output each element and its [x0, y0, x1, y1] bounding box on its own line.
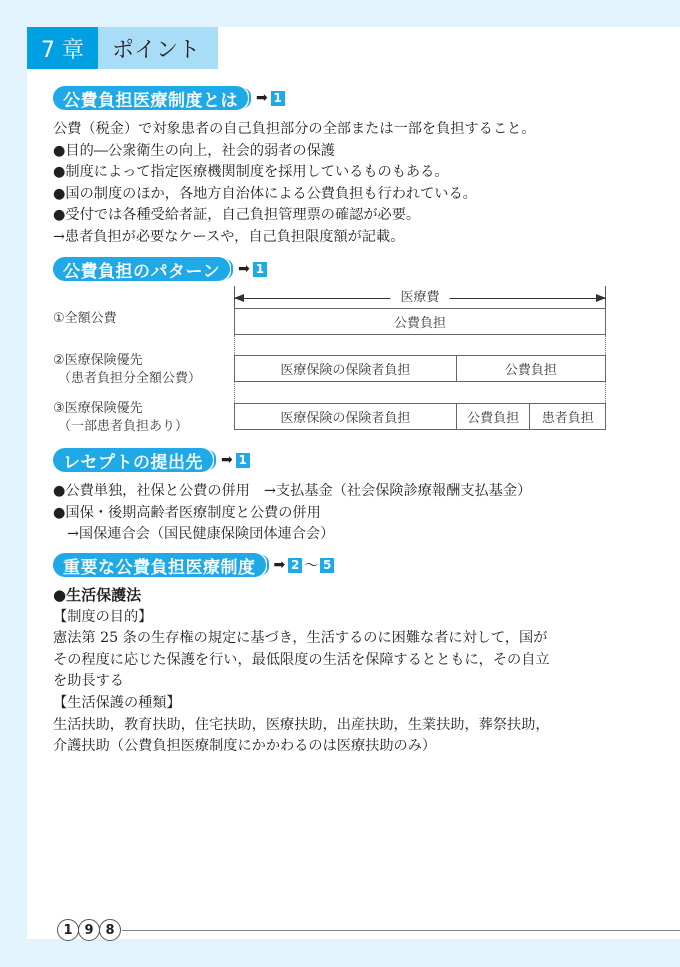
cell-patient-burden: 患者負担 — [530, 404, 605, 429]
text-line: 憲法第 25 条の生存権の規定に基づき，生活するのに困難な者に対して，国が — [53, 628, 550, 650]
submission-text: ●公費単独，社保と公費の併用 →支払基金（社会保険診療報酬支払基金） ●国保・後… — [53, 481, 531, 546]
right-arrow-icon: ➡ — [221, 452, 233, 468]
reference-number[interactable]: 1 — [236, 453, 250, 468]
right-arrow-icon: ➡ — [274, 557, 286, 573]
cell-public-burden: 公費負担 — [457, 356, 605, 381]
text-line: 生活扶助，教育扶助，住宅扶助，医療扶助，出産扶助，生業扶助，葬祭扶助， — [53, 715, 550, 737]
welfare-law-text: ●生活保護法 【制度の目的】 憲法第 25 条の生存権の規定に基づき，生活するの… — [53, 585, 550, 758]
section-heading-submission: レセプトの提出先 ➡ 1 — [53, 448, 250, 472]
label-line: ②医療保険優先 — [53, 352, 201, 370]
text-line: その程度に応じた保護を行い，最低限度の生活を保障するとともに，その自立 — [53, 650, 550, 672]
right-arrow-icon: ➡ — [238, 261, 250, 277]
reference-number[interactable]: 5 — [320, 558, 334, 573]
text-line: →患者負担が必要なケースや，自己負担限度額が記載。 — [53, 227, 535, 249]
label-line: ①全額公費 — [53, 310, 117, 328]
right-arrow-icon: ➡ — [256, 90, 268, 106]
page-digit: 1 — [57, 919, 79, 941]
dotted-guide — [234, 382, 235, 403]
dotted-guide — [605, 335, 606, 355]
subsection-title: ●生活保護法 — [53, 585, 550, 607]
dotted-guide — [605, 382, 606, 403]
cell-public-burden: 公費負担 — [457, 404, 531, 429]
text-line: 公費（税金）で対象患者の自己負担部分の全部または一部を負担すること。 — [53, 119, 535, 141]
bullet-item: ●公費単独，社保と公費の併用 →支払基金（社会保険診療報酬支払基金） — [53, 481, 531, 503]
chapter-number: 7 章 — [27, 27, 98, 69]
reference: ➡ 1 — [238, 261, 267, 277]
reference: ➡ 2 ～ 5 — [274, 555, 335, 575]
cell-insurer-burden: 医療保険の保険者負担 — [235, 404, 457, 429]
label-line: （一部患者負担あり） — [53, 418, 188, 436]
bullet-item: ●受付では各種受給者証，自己負担管理票の確認が必要。 — [53, 205, 535, 227]
section-heading-important-systems: 重要な公費負担医療制度 ➡ 2 ～ 5 — [53, 553, 334, 577]
range-separator: ～ — [304, 555, 318, 575]
payment-pattern-diagram: 医療費 公費負担 医療保険の保険者負担 公費負担 医療保険の保険者負担 公費負担… — [234, 286, 606, 436]
section-pill: 公費負担のパターン — [53, 257, 230, 281]
types-label: 【生活保護の種類】 — [53, 693, 550, 715]
bullet-item: ●目的―公衆衛生の向上，社会的弱者の保護 — [53, 141, 535, 163]
bullet-item: ●国の制度のほか，各地方自治体による公費負担も行われている。 — [53, 184, 535, 206]
section-pill: 重要な公費負担医療制度 — [53, 553, 266, 577]
medical-cost-label: 医療費 — [390, 289, 449, 307]
chapter-title: ポイント — [98, 27, 218, 69]
chapter-header: 7 章 ポイント — [27, 27, 218, 69]
reference: ➡ 1 — [221, 452, 250, 468]
page-digit: 9 — [78, 919, 100, 941]
pattern-row-3: 医療保険の保険者負担 公費負担 患者負担 — [234, 403, 606, 430]
reference-number[interactable]: 1 — [253, 262, 267, 277]
cell-insurer-burden: 医療保険の保険者負担 — [235, 356, 457, 381]
overview-text: 公費（税金）で対象患者の自己負担部分の全部または一部を負担すること。 ●目的―公… — [53, 119, 535, 249]
pattern-label-3: ③医療保険優先 （一部患者負担あり） — [53, 400, 188, 436]
section-pill: 公費負担医療制度とは — [53, 86, 248, 110]
text-line: を助長する — [53, 671, 550, 693]
purpose-label: 【制度の目的】 — [53, 607, 550, 629]
reference: ➡ 1 — [256, 90, 285, 106]
pattern-label-2: ②医療保険優先 （患者負担分全額公費） — [53, 352, 201, 388]
section-heading-overview: 公費負担医療制度とは ➡ 1 — [53, 86, 285, 110]
reference-number[interactable]: 2 — [288, 558, 302, 573]
cell-public-burden: 公費負担 — [235, 309, 605, 334]
dotted-guide — [234, 335, 235, 355]
bullet-item: ●国保・後期高齢者医療制度と公費の併用 — [53, 503, 531, 525]
page-number: 1 9 8 — [57, 919, 120, 941]
label-line: （患者負担分全額公費） — [53, 370, 201, 388]
arrow-left-icon — [234, 294, 244, 302]
text-line: →国保連合会（国民健康保険団体連合会） — [53, 524, 531, 546]
text-line: 介護扶助（公費負担医療制度にかかわるのは医療扶助のみ） — [53, 736, 550, 758]
reference-number[interactable]: 1 — [271, 91, 285, 106]
section-heading-patterns: 公費負担のパターン ➡ 1 — [53, 257, 267, 281]
pattern-label-1: ①全額公費 — [53, 310, 117, 328]
arrow-right-icon — [596, 294, 606, 302]
pattern-row-2: 医療保険の保険者負担 公費負担 — [234, 355, 606, 382]
pattern-row-1: 公費負担 — [234, 308, 606, 335]
bullet-item: ●制度によって指定医療機関制度を採用しているものもある。 — [53, 162, 535, 184]
page-digit: 8 — [99, 919, 121, 941]
section-pill: レセプトの提出先 — [53, 448, 213, 472]
footer-rule — [122, 930, 680, 931]
label-line: ③医療保険優先 — [53, 400, 188, 418]
